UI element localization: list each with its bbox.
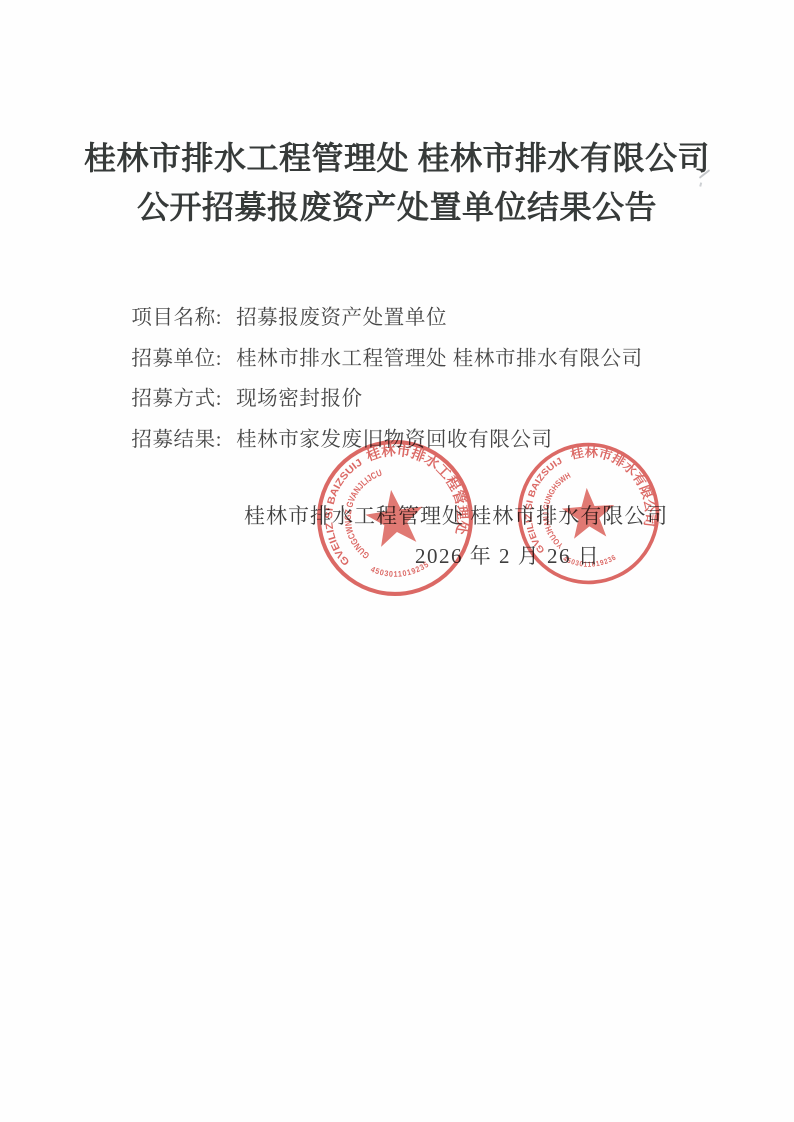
field-label: 招募方式:: [131, 388, 222, 410]
field-label: 招募结果:: [131, 429, 222, 451]
signature-date-line: 2026 年 2 月 26 日: [415, 540, 600, 570]
document-page: 桂林市排水工程管理处 桂林市排水有限公司 公开招募报废资产处置单位结果公告 项目…: [0, 0, 794, 1122]
field-value: 现场密封报价: [236, 388, 363, 410]
field-label: 项目名称:: [131, 307, 222, 329]
fields-block: 项目名称:招募报废资产处置单位 招募单位:桂林市排水工程管理处 桂林市排水有限公…: [97, 258, 643, 420]
title-line-1: 桂林市排水工程管理处 桂林市排水有限公司: [0, 134, 794, 183]
field-label: 招募单位:: [131, 348, 222, 370]
field-row-project-name: 项目名称:招募报废资产处置单位: [97, 258, 643, 298]
field-value: 桂林市家发废旧物资回收有限公司: [236, 429, 553, 451]
field-value: 招募报废资产处置单位: [236, 307, 447, 329]
signature-org-line: 桂林市排水工程管理处 桂林市排水有限公司: [244, 500, 668, 530]
field-value: 桂林市排水工程管理处 桂林市排水有限公司: [236, 348, 643, 370]
document-title: 桂林市排水工程管理处 桂林市排水有限公司 公开招募报废资产处置单位结果公告: [0, 134, 794, 232]
title-line-2: 公开招募报废资产处置单位结果公告: [0, 183, 794, 232]
